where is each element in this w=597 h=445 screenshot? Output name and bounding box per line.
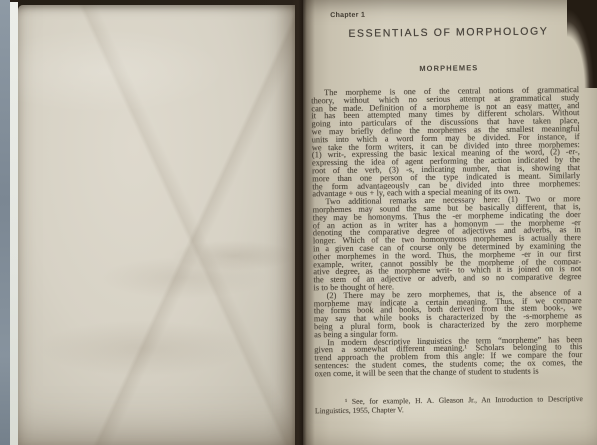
body-text: The morpheme is one of the central notio…: [311, 86, 583, 378]
book-photo: Chapter 1 ESSENTIALS OF MORPHOLOGY MORPH…: [0, 0, 597, 445]
printed-content: Chapter 1 ESSENTIALS OF MORPHOLOGY MORPH…: [300, 0, 597, 445]
paragraph: The morpheme is one of the central notio…: [311, 86, 580, 198]
paragraph: (2) There may be zero morphemes, that is…: [314, 289, 583, 339]
section-heading: MORPHEMES: [313, 62, 585, 74]
footnote: ¹ See, for example, H. A. Gleason Jr., A…: [315, 394, 583, 415]
right-page: Chapter 1 ESSENTIALS OF MORPHOLOGY MORPH…: [303, 0, 597, 445]
page-edge-sliver: [10, 2, 18, 445]
gutter-shadow: [291, 0, 315, 445]
paragraph: Two additional remarks are necessary her…: [312, 195, 581, 292]
text-line: Linguistics, 1955, Chapter V.: [315, 403, 583, 415]
left-page-blank: [18, 5, 295, 445]
chapter-label: Chapter 1: [330, 12, 365, 19]
page-title: ESSENTIALS OF MORPHOLOGY: [312, 25, 584, 40]
book-cover-edge: [0, 0, 10, 445]
paragraph: In modern descriptive linguistics the te…: [314, 336, 582, 378]
